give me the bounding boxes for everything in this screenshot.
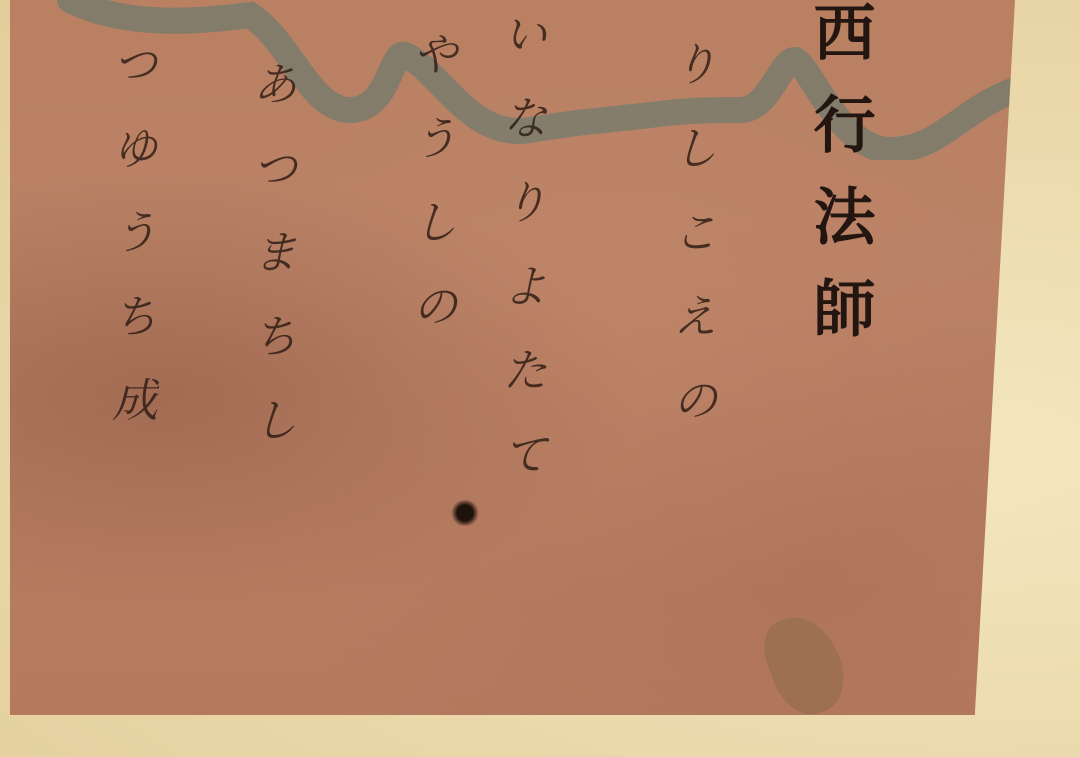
poem-column-1: りしこえの	[669, 40, 715, 460]
calligraphy-paper: 西行法師 りしこえの いなりよたて やうしの あつまちし つゆうち成	[10, 0, 1015, 715]
poem-column-2: いなりよたて	[499, 10, 545, 514]
water-stain	[755, 606, 855, 724]
ink-spot	[450, 500, 480, 526]
poem-column-3: やうしの	[409, 30, 455, 366]
poet-name-column: 西行法師	[808, 0, 870, 368]
poem-column-4: あつまちし	[249, 60, 295, 480]
poem-column-5: つゆうち成	[109, 40, 155, 460]
